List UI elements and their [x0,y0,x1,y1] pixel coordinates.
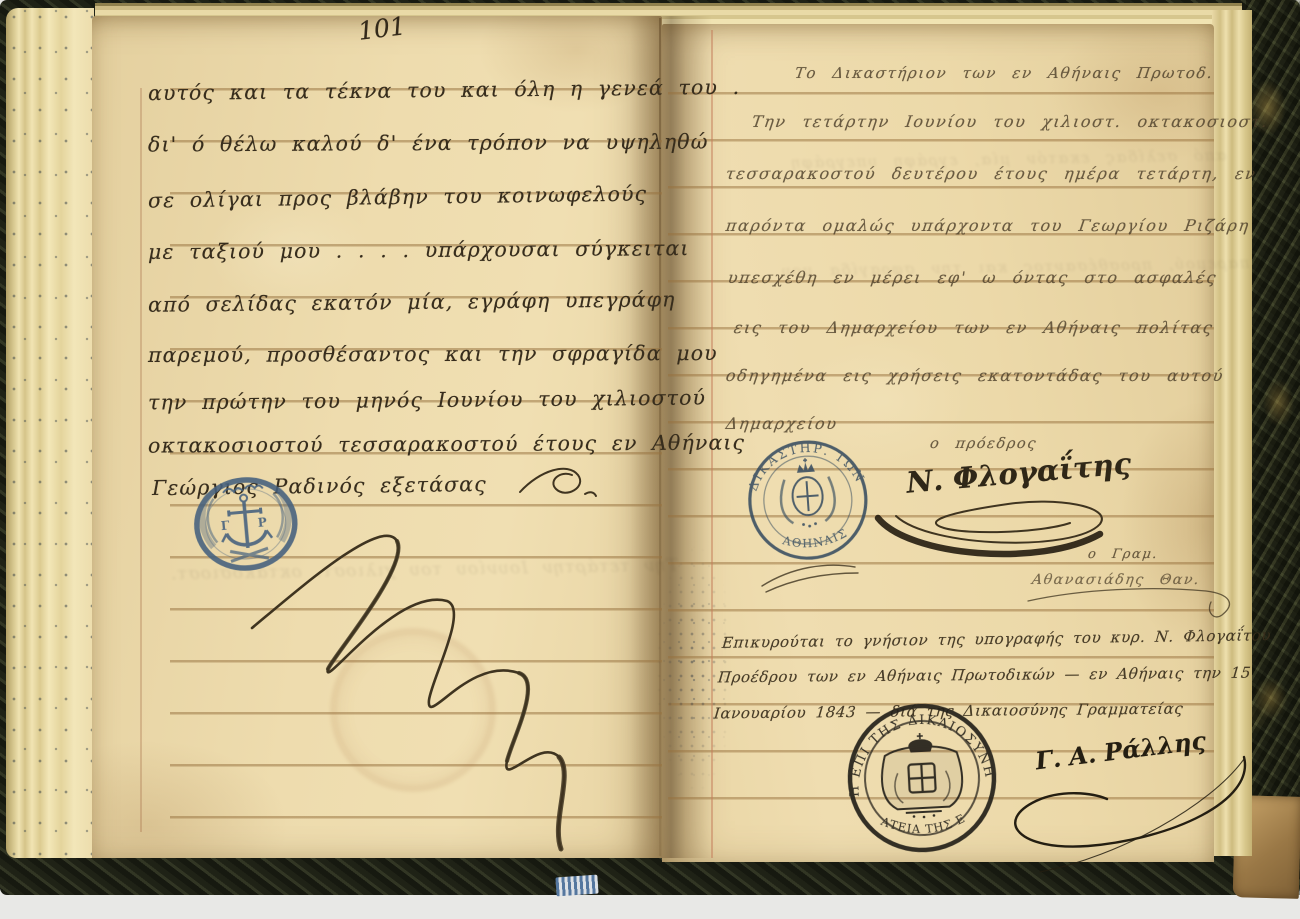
handwritten-line: οκτακοσιοστού τεσσαρακοστού έτους εν Αθή… [148,430,745,457]
bleed-through-stamp-ghost [330,628,496,792]
handwritten-line: παρεμού, προσθέσαντος και την σφραγίδα μ… [148,341,718,367]
handwritten-line: με ταξιού μου . . . . υπάρχουσαι σύγκειτ… [148,236,690,264]
justice-secretariat-stamp: Η ΕΠΙ ΤΗΣ ΔΙΚΑΙΟΣΥΝΗΣ ΓΡΑΜΜΑΤΕΙΑ ΤΗΣ ΕΠΙ… [832,688,1013,869]
stamp-letter-rho: Ρ [257,515,267,530]
page-number: 101 [356,11,407,46]
margin-line-left-page [140,88,142,832]
page-stack-edges-right [1212,10,1252,856]
handwritten-line: εις του Δημαρχείου των εν Αθήναις πολίτα… [733,318,1215,337]
marbled-cover-right-edge [1246,0,1300,895]
handwritten-line: οδηγημένα εις χρήσεις εκατοντάδας του αυ… [725,366,1226,385]
handwritten-line: παρόντα ομαλώς υπάρχοντα του Γεωργίου Ρι… [725,216,1251,235]
handwritten-line: Την τετάρτην Ιουνίου του χιλιοστ. οκτακο… [751,112,1270,131]
handwritten-line: την πρώτην του μηνός Ιουνίου του χιλιοστ… [148,386,706,415]
stamp-letter-gamma: Γ [220,518,230,533]
page-heading: Το Δικαστήριον των εν Αθήναις Πρωτοδ. [794,64,1215,82]
secretary-role-label: ο Γραμ. [1087,547,1159,562]
bookmark-ribbon-fragment [555,875,598,897]
page-stack-edges-left [6,8,94,858]
anchor-seal-stamp: Γ Ρ [183,463,309,589]
court-round-stamp: ΔΙΚΑΣΤΗΡ. ΤΩΝ ΕΝ ΑΘΗΝΑΙΣ ✶ [735,427,884,576]
handwritten-line: δι' ό θέλω καλού δ' ένα τρόπον να υψηληθ… [148,130,709,157]
secretary-signature: Αθανασιάδης Θαν. [1031,572,1201,588]
scanned-register-spread: 101 αυτός και τα τέκνα του και όλη η γεν… [0,0,1300,919]
president-role-label: ο πρόεδρος [929,436,1038,452]
